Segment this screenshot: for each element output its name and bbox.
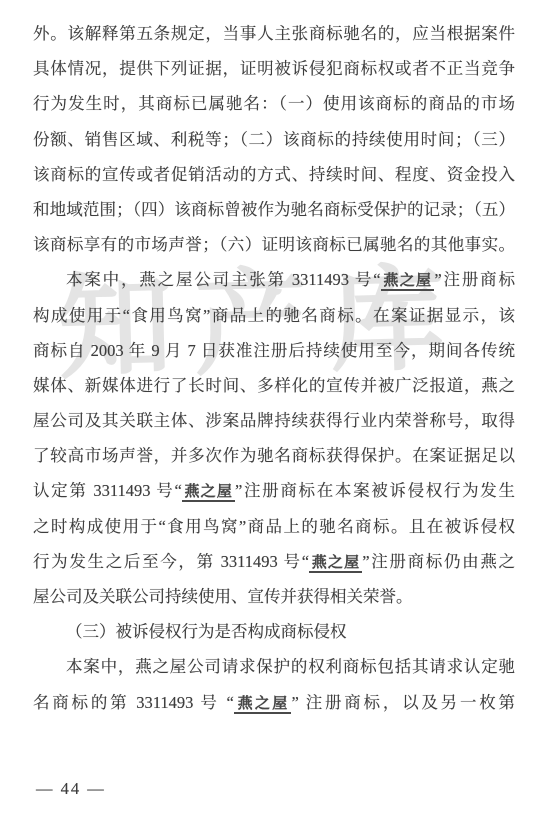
line-text: ”注册商标仍由燕之	[362, 552, 515, 571]
text-line: 外。该解释第五条规定，当事人主张商标驰名的，应当根据案件	[33, 16, 515, 51]
text-line: 行为发生时，其商标已属驰名：（一）使用该商标的商品的市场	[33, 86, 515, 121]
page-number: — 44 —	[36, 779, 106, 799]
text-line: 本案中，燕之屋公司请求保护的权利商标包括其请求认定驰	[33, 649, 515, 684]
line-text: 名商标的第 3311493 号 “	[33, 693, 234, 712]
line-text: 认定第 3311493 号“	[33, 481, 182, 500]
text-line: 构成使用于“食用鸟窝”商品上的驰名商标。在案证据显示，该	[33, 298, 515, 333]
line-text: 本案中，燕之屋公司主张第 3311493 号“	[66, 270, 381, 289]
text-line: 媒体、新媒体进行了长时间、多样化的宣传并被广泛报道，燕之	[33, 368, 515, 403]
text-line: 之时构成使用于“食用鸟窝”商品上的驰名商标。且在被诉侵权	[33, 509, 515, 544]
line-text: 份额、销售区域、利税等；（二）该商标的持续使用时间；（三）	[33, 130, 515, 149]
line-text: 屋公司及其关联主体、涉案品牌持续获得行业内荣誉称号，取得	[33, 411, 515, 430]
text-line: （三）被诉侵权行为是否构成商标侵权	[33, 614, 515, 649]
text-line: 份额、销售区域、利税等；（二）该商标的持续使用时间；（三）	[33, 122, 515, 157]
line-text: 和地域范围；（四）该商标曾被作为驰名商标受保护的记录；（五）	[33, 200, 515, 219]
line-text: ”注册商标	[434, 270, 515, 289]
line-text: 商标自 2003 年 9 月 7 日获准注册后持续使用至今，期间各传统	[33, 341, 515, 360]
line-text: 本案中，燕之屋公司请求保护的权利商标包括其请求认定驰	[66, 657, 515, 676]
line-text: ”注册商标在本案被诉侵权行为发生	[235, 481, 515, 500]
line-text: 了较高市场声誉，并多次作为驰名商标获得保护。在案证据足以	[33, 446, 515, 465]
text-line: 和地域范围；（四）该商标曾被作为驰名商标受保护的记录；（五）	[33, 192, 515, 227]
line-text: 屋公司及关联公司持续使用、宣传并获得相关荣誉。	[33, 587, 413, 606]
line-text: 行为发生之后至今，第 3311493 号“	[33, 552, 309, 571]
line-text: 媒体、新媒体进行了长时间、多样化的宣传并被广泛报道，燕之	[33, 376, 515, 395]
text-line: 行为发生之后至今，第 3311493 号“燕之屋”注册商标仍由燕之	[33, 544, 515, 579]
brand-logo: 燕之屋	[182, 483, 235, 502]
text-line: 商标自 2003 年 9 月 7 日获准注册后持续使用至今，期间各传统	[33, 333, 515, 368]
line-text: （三）被诉侵权行为是否构成商标侵权	[66, 622, 347, 641]
text-line: 屋公司及其关联主体、涉案品牌持续获得行业内荣誉称号，取得	[33, 403, 515, 438]
document-body: 外。该解释第五条规定，当事人主张商标驰名的，应当根据案件具体情况，提供下列证据，…	[33, 16, 515, 720]
line-text: 构成使用于“食用鸟窝”商品上的驰名商标。在案证据显示，该	[33, 306, 515, 325]
line-text: 具体情况，提供下列证据，证明被诉侵犯商标权或者不正当竞争	[33, 59, 515, 78]
text-line: 具体情况，提供下列证据，证明被诉侵犯商标权或者不正当竞争	[33, 51, 515, 86]
text-line: 认定第 3311493 号“燕之屋”注册商标在本案被诉侵权行为发生	[33, 473, 515, 508]
text-line: 了较高市场声誉，并多次作为驰名商标获得保护。在案证据足以	[33, 438, 515, 473]
line-text: 之时构成使用于“食用鸟窝”商品上的驰名商标。且在被诉侵权	[33, 517, 515, 536]
brand-logo: 燕之屋	[234, 695, 292, 714]
text-line: 本案中，燕之屋公司主张第 3311493 号“燕之屋”注册商标	[33, 262, 515, 297]
brand-logo: 燕之屋	[309, 554, 362, 573]
brand-logo: 燕之屋	[381, 272, 435, 291]
text-line: 名商标的第 3311493 号 “燕之屋” 注册商标，以及另一枚第	[33, 685, 515, 720]
text-line: 该商标的宣传或者促销活动的方式、持续时间、程度、资金投入	[33, 157, 515, 192]
line-text: 行为发生时，其商标已属驰名：（一）使用该商标的商品的市场	[33, 94, 515, 113]
line-text: 该商标享有的市场声誉；（六）证明该商标已属驰名的其他事实。	[33, 235, 515, 254]
line-text: ” 注册商标，以及另一枚第	[291, 693, 515, 712]
line-text: 外。该解释第五条规定，当事人主张商标驰名的，应当根据案件	[33, 24, 515, 43]
text-line: 该商标享有的市场声誉；（六）证明该商标已属驰名的其他事实。	[33, 227, 515, 262]
scanned-document-page: { "colors": { "paper": "#ffffff", "ink":…	[0, 0, 541, 824]
text-line: 屋公司及关联公司持续使用、宣传并获得相关荣誉。	[33, 579, 515, 614]
line-text: 该商标的宣传或者促销活动的方式、持续时间、程度、资金投入	[33, 165, 515, 184]
